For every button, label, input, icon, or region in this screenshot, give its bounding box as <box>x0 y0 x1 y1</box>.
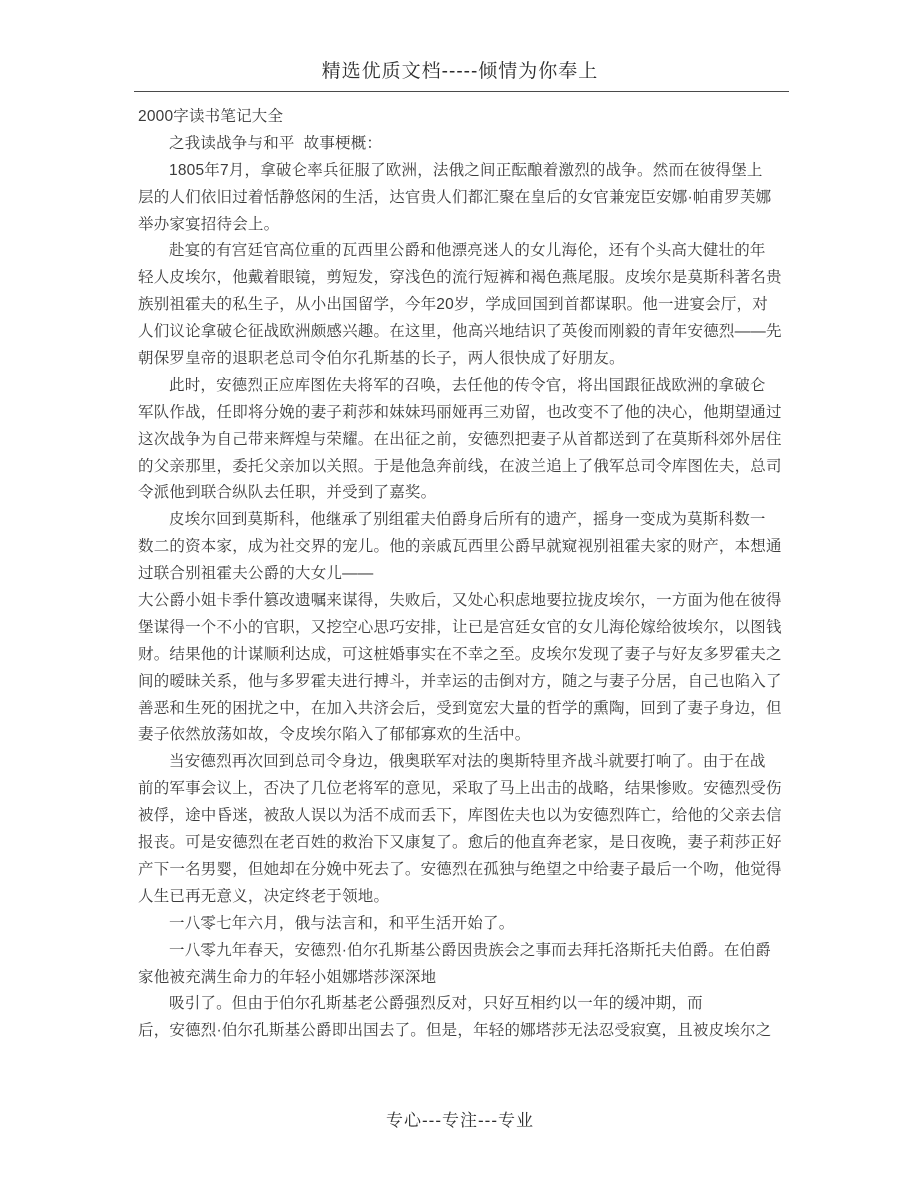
text-line: 2000字读书笔记大全 <box>138 104 798 131</box>
text-line: 财。结果他的计谋顺利达成，可这桩婚事实在不幸之至。皮埃尔发现了妻子与好友多罗霍夫… <box>138 642 798 669</box>
text-line: 军队作战，任即将分娩的妻子莉莎和妹妹玛丽娅再三劝留，也改变不了他的决心，他期望通… <box>138 400 798 427</box>
text-line: 此时，安德烈正应库图佐夫将军的召唤，去任他的传令官，将出国跟征战欧洲的拿破仑 <box>138 373 798 400</box>
text-line: 当安德烈再次回到总司令身边，俄奥联军对法的奥斯特里齐战斗就要打响了。由于在战 <box>138 749 798 776</box>
text-line: 这次战争为自己带来辉煌与荣耀。在出征之前，安德烈把妻子从首都送到了在莫斯科郊外居… <box>138 427 798 454</box>
text-line: 堡谋得一个不小的官职，又挖空心思巧安排，让已是宫廷女官的女儿海伦嫁给彼埃尔，以图… <box>138 615 798 642</box>
text-line: 大公爵小姐卡季什篡改遗嘱来谋得，失败后，又处心积虑地要拉拢皮埃尔，一方面为他在彼… <box>138 588 798 615</box>
text-line: 一八零七年六月，俄与法言和，和平生活开始了。 <box>138 911 798 938</box>
text-line: 之我读战争与和平 故事梗概： <box>138 131 798 158</box>
text-line: 人生已再无意义，决定终老于领地。 <box>138 884 798 911</box>
text-line: 人们议论拿破仑征战欧洲颇感兴趣。在这里，他高兴地结识了英俊而刚毅的青年安德烈——… <box>138 319 798 346</box>
text-line: 层的人们依旧过着恬静悠闲的生活，达官贵人们都汇聚在皇后的女官兼宠臣安娜·帕甫罗芙… <box>138 185 798 212</box>
page-footer-text: 专心---专注---专业 <box>0 1106 920 1131</box>
text-line: 产下一名男婴，但她却在分娩中死去了。安德烈在孤独与绝望之中给妻子最后一个吻，他觉… <box>138 857 798 884</box>
text-line: 妻子依然放荡如故，令皮埃尔陷入了郁郁寡欢的生活中。 <box>138 722 798 749</box>
text-line: 赴宴的有宫廷官高位重的瓦西里公爵和他漂亮迷人的女儿海伦，还有个头高大健壮的年 <box>138 238 798 265</box>
text-line: 1805年7月，拿破仑率兵征服了欧洲，法俄之间正酝酿着激烈的战争。然而在彼得堡上 <box>138 158 798 185</box>
text-line: 皮埃尔回到莫斯科，他继承了别组霍夫伯爵身后所有的遗产，摇身一变成为莫斯科数一 <box>138 507 798 534</box>
text-line: 报丧。可是安德烈在老百姓的救治下又康复了。愈后的他直奔老家，是日夜晚，妻子莉莎正… <box>138 830 798 857</box>
document-body: 2000字读书笔记大全之我读战争与和平 故事梗概：1805年7月，拿破仑率兵征服… <box>138 104 798 1045</box>
text-line: 被俘，途中昏迷，被敌人误以为活不成而丢下，库图佐夫也以为安德烈阵亡，给他的父亲去… <box>138 803 798 830</box>
text-line: 间的暧昧关系，他与多罗霍夫进行搏斗，并幸运的击倒对方，随之与妻子分居，自己也陷入… <box>138 669 798 696</box>
text-line: 朝保罗皇帝的退职老总司令伯尔孔斯基的长子，两人很快成了好朋友。 <box>138 346 798 373</box>
header-divider <box>134 91 789 92</box>
text-line: 前的军事会议上，否决了几位老将军的意见，采取了马上出击的战略，结果惨败。安德烈受… <box>138 776 798 803</box>
text-line: 家他被充满生命力的年轻小姐娜塔莎深深地 <box>138 965 798 992</box>
document-page: 精选优质文档-----倾情为你奉上 2000字读书笔记大全之我读战争与和平 故事… <box>0 0 920 1191</box>
text-line: 令派他到联合纵队去任职，并受到了嘉奖。 <box>138 480 798 507</box>
text-line: 数二的资本家，成为社交界的宠儿。他的亲戚瓦西里公爵早就窥视别祖霍夫家的财产，本想… <box>138 534 798 561</box>
text-line: 善恶和生死的困扰之中，在加入共济会后，受到宽宏大量的哲学的熏陶，回到了妻子身边，… <box>138 696 798 723</box>
text-line: 举办家宴招待会上。 <box>138 212 798 239</box>
text-line: 后，安德烈·伯尔孔斯基公爵即出国去了。但是，年轻的娜塔莎无法忍受寂寞，且被皮埃尔… <box>138 1018 798 1045</box>
page-header-title: 精选优质文档-----倾情为你奉上 <box>0 56 920 83</box>
text-line: 轻人皮埃尔，他戴着眼镜，剪短发，穿浅色的流行短裤和褐色燕尾服。皮埃尔是莫斯科著名… <box>138 265 798 292</box>
text-line: 一八零九年春天，安德烈·伯尔孔斯基公爵因贵族会之事而去拜托洛斯托夫伯爵。在伯爵 <box>138 938 798 965</box>
text-line: 的父亲那里，委托父亲加以关照。于是他急奔前线，在波兰追上了俄军总司令库图佐夫，总… <box>138 454 798 481</box>
text-line: 族别祖霍夫的私生子，从小出国留学，今年20岁，学成回国到首都谋职。他一进宴会厅，… <box>138 292 798 319</box>
text-line: 吸引了。但由于伯尔孔斯基老公爵强烈反对，只好互相约以一年的缓冲期，而 <box>138 991 798 1018</box>
text-line: 过联合别祖霍夫公爵的大女儿—— <box>138 561 798 588</box>
